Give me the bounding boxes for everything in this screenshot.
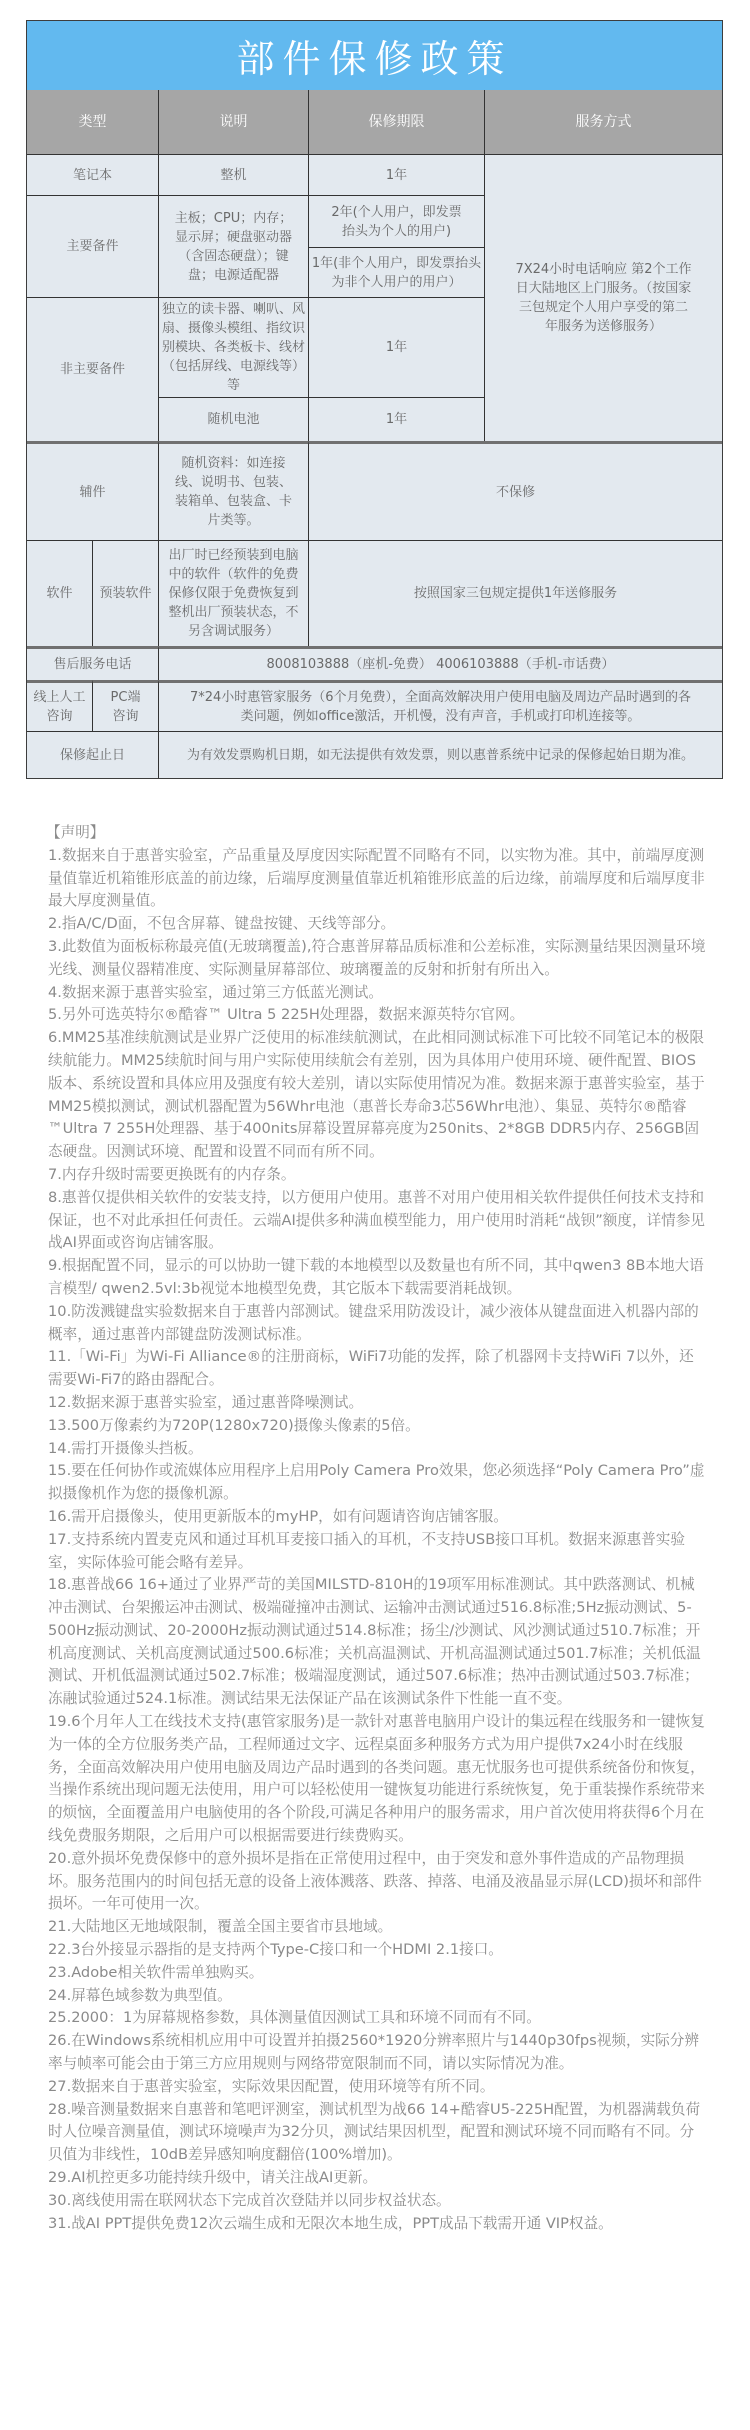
disclaimer-item: 5.另外可选英特尔®酷睿™ Ultra 5 225H处理器，数据来源英特尔官网。 [48,1004,708,1027]
header-type: 类型 [27,90,158,154]
software-policy: 按照国家三包规定提供1年送修服务 [308,540,722,646]
warranty-start-value: 为有效发票购机日期，如无法提供有效发票，则以惠普系统中记录的保修起始日期为准。 [158,731,722,778]
disclaimer-item: 7.内存升级时需要更换既有的内存条。 [48,1164,708,1187]
warranty-policy-table: 部件保修政策 类型 说明 保修期限 服务方式 笔记本 整机 1年 7X24小时电… [26,20,723,779]
disclaimer-item: 26.在Windows系统相机应用中可设置并拍摄2560*1920分辨率照片与1… [48,2030,708,2076]
accessories-desc: 随机资料：如连接线、说明书、包装、装箱单、包装盒、卡片类等。 [158,441,308,540]
disclaimer-item: 16.需开启摄像头，使用更新版本的myHP，如有问题请咨询店铺客服。 [48,1506,708,1529]
disclaimer-item: 25.2000：1为屏幕规格参数，具体测量值因测试工具和环境不同而有不同。 [48,2007,708,2030]
disclaimer-item: 9.根据配置不同，显示的可以协助一键下载的本地模型以及数量也有所不同，其中qwe… [48,1255,708,1301]
software-desc: 出厂时已经预装到电脑中的软件（软件的免费保修仅限于免费恢复到整机出厂预装状态，不… [158,540,308,646]
minor-parts-type: 非主要备件 [27,297,158,441]
disclaimer-item: 17.支持系统内置麦克风和通过耳机耳麦接口插入的耳机，不支持USB接口耳机。数据… [48,1529,708,1575]
disclaimer-item: 29.AI机控更多功能持续升级中，请关注战AI更新。 [48,2167,708,2190]
accessories-type: 辅件 [27,441,158,540]
major-parts-period-personal: 2年(个人用户，即发票抬头为个人的用户) [308,195,484,247]
disclaimer-item: 31.战AI PPT提供免费12次云端生成和无限次本地生成，PPT成品下载需开通… [48,2213,708,2236]
disclaimer-item: 10.防泼溅键盘实验数据来自于惠普内部测试。键盘采用防泼设计，减少液体从键盘面进… [48,1301,708,1347]
header-description: 说明 [158,90,308,154]
warranty-start-label: 保修起止日 [27,731,158,778]
minor-parts-desc: 独立的读卡器、喇叭、风扇、摄像头模组、指纹识别模块、各类板卡、线材（包括屏线、电… [158,297,308,397]
online-sublabel: PC端咨询 [92,680,158,731]
disclaimer-item: 8.惠普仅提供相关软件的安装支持，以方便用户使用。惠普不对用户使用相关软件提供任… [48,1187,708,1255]
major-parts-desc: 主板；CPU；内存；显示屏；硬盘驱动器（含固态硬盘）；键盘；电源适配器 [158,195,308,297]
hotline-label: 售后服务电话 [27,646,158,680]
disclaimer-item: 11.「Wi-Fi」为Wi-Fi Alliance®的注册商标，WiFi7功能的… [48,1346,708,1392]
disclaimer-item: 20.意外损坏免费保修中的意外损坏是指在正常使用过程中，由于突发和意外事件造成的… [48,1848,708,1916]
disclaimer-item: 30.离线使用需在联网状态下完成首次登陆并以同步权益状态。 [48,2190,708,2213]
hotline-value: 8008103888（座机-免费） 4006103888（手机-市话费） [158,646,722,680]
disclaimer-item: 28.噪音测量数据来自惠普和笔吧评测室，测试机型为战66 14+酷睿U5-225… [48,2099,708,2167]
header-period: 保修期限 [308,90,484,154]
header-service: 服务方式 [484,90,722,154]
disclaimer-item: 21.大陆地区无地域限制，覆盖全国主要省市县地域。 [48,1916,708,1939]
software-type: 软件 [27,540,92,646]
disclaimer-item: 12.数据来源于惠普实验室，通过惠普降噪测试。 [48,1392,708,1415]
disclaimer-section: 【声明】 1.数据来自于惠普实验室，产品重量及厚度因实际配置不同略有不同，以实物… [48,822,708,2235]
major-parts-period-business: 1年(非个人用户，即发票抬头为非个人用户的用户） [308,247,484,297]
disclaimer-item: 13.500万像素约为720P(1280x720)摄像头像素的5倍。 [48,1415,708,1438]
major-parts-type: 主要备件 [27,195,158,297]
disclaimer-item: 2.指A/C/D面，不包含屏幕、键盘按键、天线等部分。 [48,913,708,936]
notebook-period: 1年 [308,154,484,195]
accessories-policy: 不保修 [308,441,722,540]
software-subtype: 预装软件 [92,540,158,646]
disclaimer-item: 14.需打开摄像头挡板。 [48,1438,708,1461]
disclaimer-item: 1.数据来自于惠普实验室，产品重量及厚度因实际配置不同略有不同，以实物为准。其中… [48,845,708,913]
battery-period: 1年 [308,397,484,441]
disclaimer-item: 6.MM25基准续航测试是业界广泛使用的标准续航测试，在此相同测试标准下可比较不… [48,1027,708,1164]
disclaimer-item: 23.Adobe相关软件需单独购买。 [48,1962,708,1985]
disclaimer-item: 4.数据来源于惠普实验室，通过第三方低蓝光测试。 [48,982,708,1005]
service-method: 7X24小时电话响应 第2个工作日大陆地区上门服务。（按国家三包规定个人用户享受… [484,154,722,441]
online-value: 7*24小时惠管家服务（6个月免费），全面高效解决用户使用电脑及周边产品时遇到的… [158,680,722,731]
minor-parts-period: 1年 [308,297,484,397]
online-label: 线上人工咨询 [27,680,92,731]
notebook-type: 笔记本 [27,154,158,195]
disclaimer-item: 19.6个月年人工在线技术支持(惠管家服务)是一款针对惠普电脑用户设计的集远程在… [48,1711,708,1848]
notebook-desc: 整机 [158,154,308,195]
battery-desc: 随机电池 [158,397,308,441]
disclaimer-item: 3.此数值为面板标称最亮值(无玻璃覆盖),符合惠普屏幕品质标准和公差标准，实际测… [48,936,708,982]
disclaimer-item: 15.要在任何协作或流媒体应用程序上启用Poly Camera Pro效果，您必… [48,1460,708,1506]
disclaimer-heading: 【声明】 [46,822,708,845]
page-title: 部件保修政策 [27,21,722,91]
disclaimer-item: 24.屏幕色域参数为典型值。 [48,1985,708,2008]
disclaimer-list: 1.数据来自于惠普实验室，产品重量及厚度因实际配置不同略有不同，以实物为准。其中… [48,845,708,2236]
disclaimer-item: 27.数据来自于惠普实验室，实际效果因配置，使用环境等有所不同。 [48,2076,708,2099]
disclaimer-item: 18.惠普战66 16+通过了业界严苛的美国MILSTD-810H的19项军用标… [48,1574,708,1711]
disclaimer-item: 22.3台外接显示器指的是支持两个Type-C接口和一个HDMI 2.1接口。 [48,1939,708,1962]
